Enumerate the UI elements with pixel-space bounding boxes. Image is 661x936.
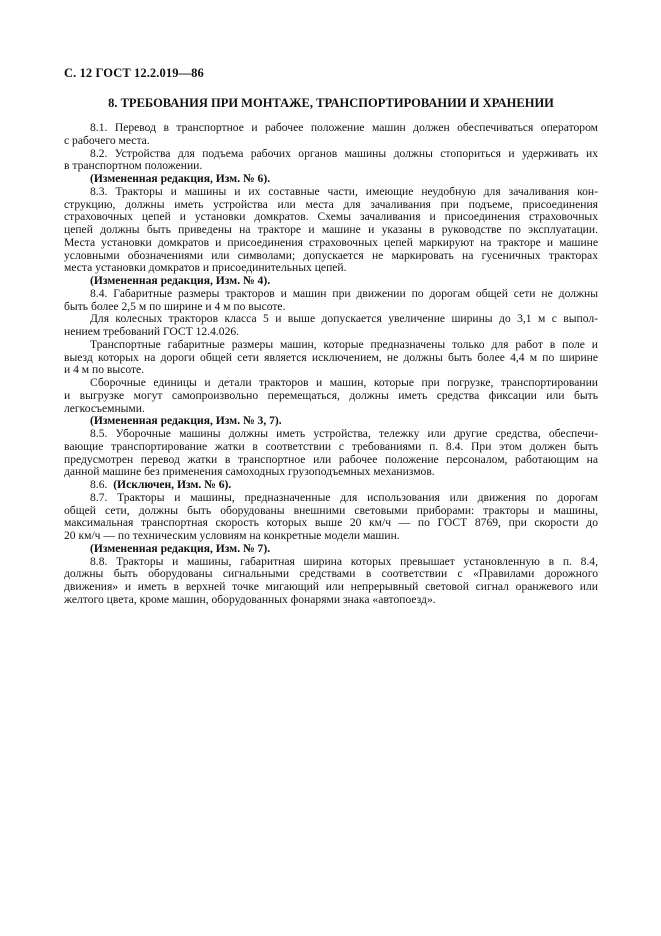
paragraph-8-4-transport-dimensions: Транспортные габаритные размеры машин, к… — [64, 339, 598, 377]
paragraph-8-4: 8.4. Габаритные размеры тракторов и маши… — [64, 288, 598, 314]
text-line: выезд которых на дороги общей сети являе… — [64, 352, 598, 365]
text-line: 8.7. Тракторы и машины, предназначенные … — [64, 492, 598, 505]
text-line: 8.4. Габаритные размеры тракторов и маши… — [64, 288, 598, 301]
paragraph-8-8: 8.8. Тракторы и машины, габаритная ширин… — [64, 556, 598, 607]
text-line: с рабочего места. — [64, 135, 598, 148]
paragraph-8-1: 8.1. Перевод в транспортное и рабочее по… — [64, 122, 598, 148]
text-line: вающие транспортирование жатки в соответ… — [64, 441, 598, 454]
paragraph-8-5: 8.5. Уборочные машины должны иметь устро… — [64, 428, 598, 479]
text-line: движения» и иметь в верхней точке мигающ… — [64, 581, 598, 594]
text-line: Транспортные габаритные размеры машин, к… — [64, 339, 598, 352]
paragraph-8-4-assembly-units: Сборочные единицы и детали тракторов и м… — [64, 377, 598, 415]
amendment-note-text: (Измененная редакция, Изм. № 4). — [64, 275, 598, 288]
paragraph-8-7: 8.7. Тракторы и машины, предназначенные … — [64, 492, 598, 543]
text-line: цепей должны быть приведены на тракторе … — [64, 224, 598, 237]
section-title: 8. ТРЕБОВАНИЯ ПРИ МОНТАЖЕ, ТРАНСПОРТИРОВ… — [64, 96, 598, 111]
amendment-note: (Измененная редакция, Изм. № 4). — [64, 275, 598, 288]
text-line: Места установки домкратов и присоединени… — [64, 237, 598, 250]
text-line: 8.3. Тракторы и машины и их составные ча… — [64, 186, 598, 199]
text-line: и выгрузке могут самопроизвольно перемещ… — [64, 390, 598, 403]
page-header: С. 12 ГОСТ 12.2.019—86 — [64, 66, 204, 81]
amendment-note-text: (Измененная редакция, Изм. № 7). — [64, 543, 598, 556]
paragraph-8-3: 8.3. Тракторы и машины и их составные ча… — [64, 186, 598, 275]
amendment-note: (Измененная редакция, Изм. № 7). — [64, 543, 598, 556]
paragraph-8-6: 8.6. (Исключен, Изм. № 6). — [64, 479, 598, 492]
text-line: Сборочные единицы и детали тракторов и м… — [64, 377, 598, 390]
clause-number: 8.6. — [90, 478, 107, 491]
text-line: 8.1. Перевод в транспортное и рабочее по… — [64, 122, 598, 135]
excluded-note: (Исключен, Изм. № 6). — [113, 478, 231, 491]
text-line: 8.6. (Исключен, Изм. № 6). — [64, 479, 598, 492]
paragraph-8-2: 8.2. Устройства для подъема рабочих орга… — [64, 148, 598, 174]
paragraph-8-4-wheeled-tractors: Для колесных тракторов класса 5 и выше д… — [64, 313, 598, 339]
text-line: желтого цвета, кроме машин, оборудованны… — [64, 594, 598, 607]
amendment-note-text: (Измененная редакция, Изм. № 6). — [64, 173, 598, 186]
document-body: 8.1. Перевод в транспортное и рабочее по… — [64, 122, 598, 607]
amendment-note: (Измененная редакция, Изм. № 6). — [64, 173, 598, 186]
text-line: 20 км/ч — по техническим условиям на кон… — [64, 530, 598, 543]
text-line: нением требований ГОСТ 12.4.026. — [64, 326, 598, 339]
text-line: 8.5. Уборочные машины должны иметь устро… — [64, 428, 598, 441]
